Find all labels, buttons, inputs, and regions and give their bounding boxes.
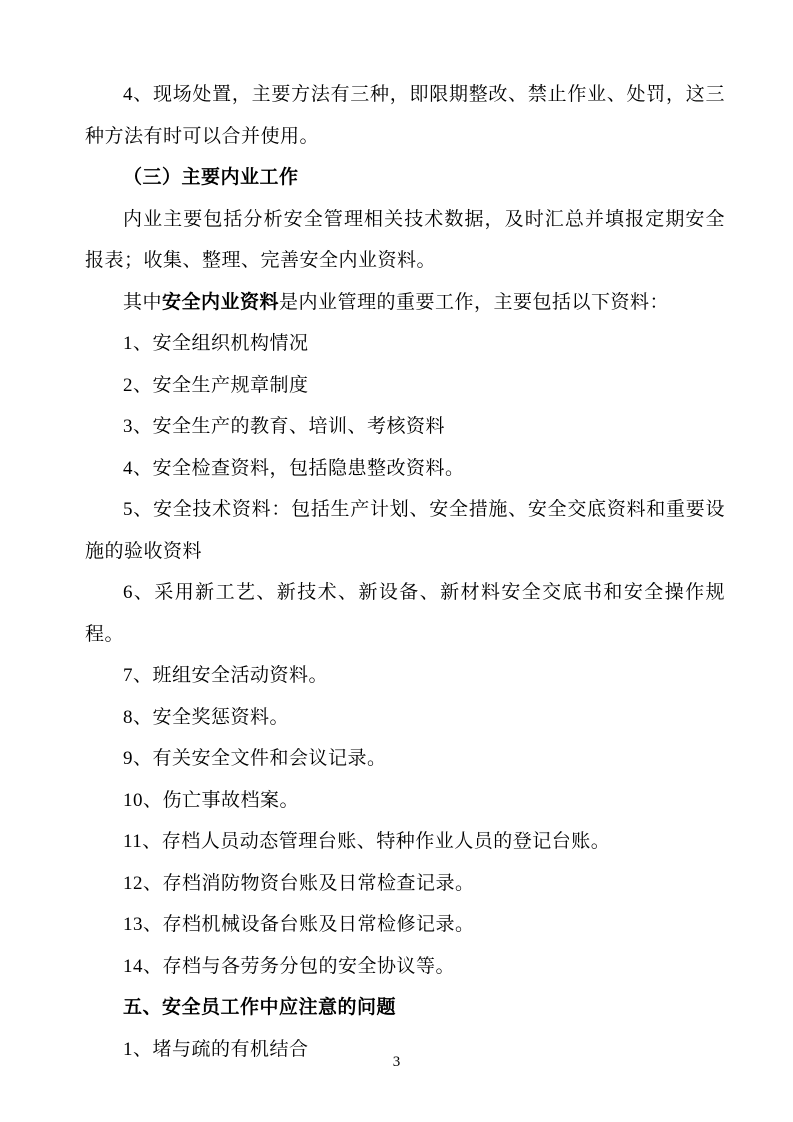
paragraph-office-work-intro: 内业主要包括分析安全管理相关技术数据，及时汇总并填报定期安全报表；收集、整理、完… (85, 199, 725, 282)
list-item-5: 5、安全技术资料：包括生产计划、安全措施、安全交底资料和重要设施的验收资料 (85, 489, 725, 572)
paragraph-safety-office-materials: 其中安全内业资料是内业管理的重要工作，主要包括以下资料： (85, 282, 725, 324)
list-item-14: 14、存档与各劳务分包的安全协议等。 (85, 946, 725, 988)
list-item-11: 11、存档人员动态管理台账、特种作业人员的登记台账。 (85, 821, 725, 863)
page-number: 3 (0, 1052, 793, 1072)
document-page: 4、现场处置，主要方法有三种，即限期整改、禁止作业、处罚，这三种方法有时可以合并… (0, 0, 793, 1122)
section-heading-issues-to-note: 五、安全员工作中应注意的问题 (85, 987, 725, 1029)
list-item-4: 4、安全检查资料，包括隐患整改资料。 (85, 448, 725, 490)
list-item-9: 9、有关安全文件和会议记录。 (85, 738, 725, 780)
list-item-10: 10、伤亡事故档案。 (85, 780, 725, 822)
list-item-6: 6、采用新工艺、新技术、新设备、新材料安全交底书和安全操作规程。 (85, 572, 725, 655)
text-run-pre: 其中 (123, 292, 162, 313)
text-run-bold: 安全内业资料 (162, 292, 279, 313)
list-item-8: 8、安全奖惩资料。 (85, 697, 725, 739)
paragraph-onsite-disposal: 4、现场处置，主要方法有三种，即限期整改、禁止作业、处罚，这三种方法有时可以合并… (85, 74, 725, 157)
list-item-3: 3、安全生产的教育、培训、考核资料 (85, 406, 725, 448)
document-content: 4、现场处置，主要方法有三种，即限期整改、禁止作业、处罚，这三种方法有时可以合并… (85, 74, 725, 1070)
list-item-13: 13、存档机械设备台账及日常检修记录。 (85, 904, 725, 946)
text-run-post: 是内业管理的重要工作，主要包括以下资料： (279, 292, 669, 313)
list-item-12: 12、存档消防物资台账及日常检查记录。 (85, 863, 725, 905)
list-item-7: 7、班组安全活动资料。 (85, 655, 725, 697)
section-heading-main-office-work: （三）主要内业工作 (85, 157, 725, 199)
list-item-1: 1、安全组织机构情况 (85, 323, 725, 365)
list-item-2: 2、安全生产规章制度 (85, 365, 725, 407)
